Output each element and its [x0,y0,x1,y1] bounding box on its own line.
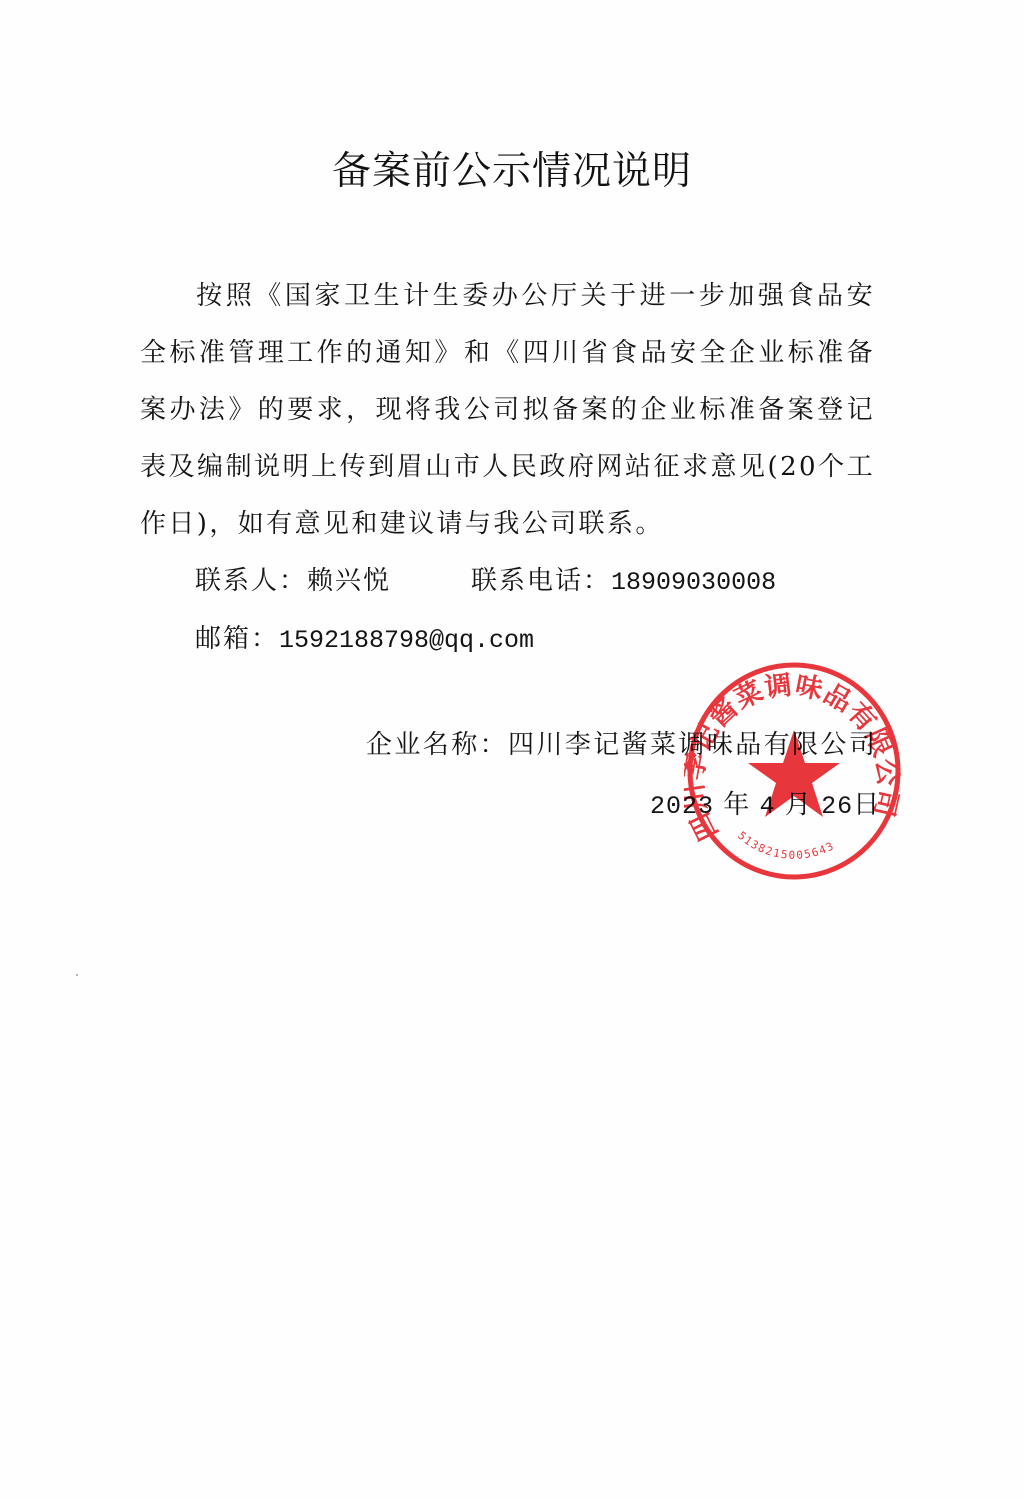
contact-email-label: 邮箱： [195,624,279,654]
stamp-code-text: 5138215005643 [735,829,837,862]
contact-person-line: 联系人：赖兴悦联系电话：18909030008 [195,560,776,597]
contact-email-value: 1592188798@qq.com [279,626,534,655]
document-title: 备案前公示情况说明 [0,140,1024,196]
contact-email-line: 邮箱：1592188798@qq.com [195,618,534,655]
contact-person-name: 赖兴悦 [307,566,391,596]
stamp-star-icon [748,730,840,817]
contact-phone-label: 联系电话： [471,566,611,596]
contact-person-label: 联系人： [195,566,307,596]
scan-speck [76,974,78,976]
document-page: 备案前公示情况说明 按照《国家卫生计生委办公厅关于进一步加强食品安全标准管理工作… [0,0,1024,1499]
company-seal-stamp: 四川李记酱菜调味品有限公司 5138215005643 [684,660,904,882]
company-label: 企业名称： [366,730,508,760]
body-paragraph-text: 按照《国家卫生计生委办公厅关于进一步加强食品安全标准管理工作的通知》和《四川省食… [140,281,875,539]
body-paragraph: 按照《国家卫生计生委办公厅关于进一步加强食品安全标准管理工作的通知》和《四川省食… [140,268,875,553]
contact-phone-value: 18909030008 [611,568,776,597]
